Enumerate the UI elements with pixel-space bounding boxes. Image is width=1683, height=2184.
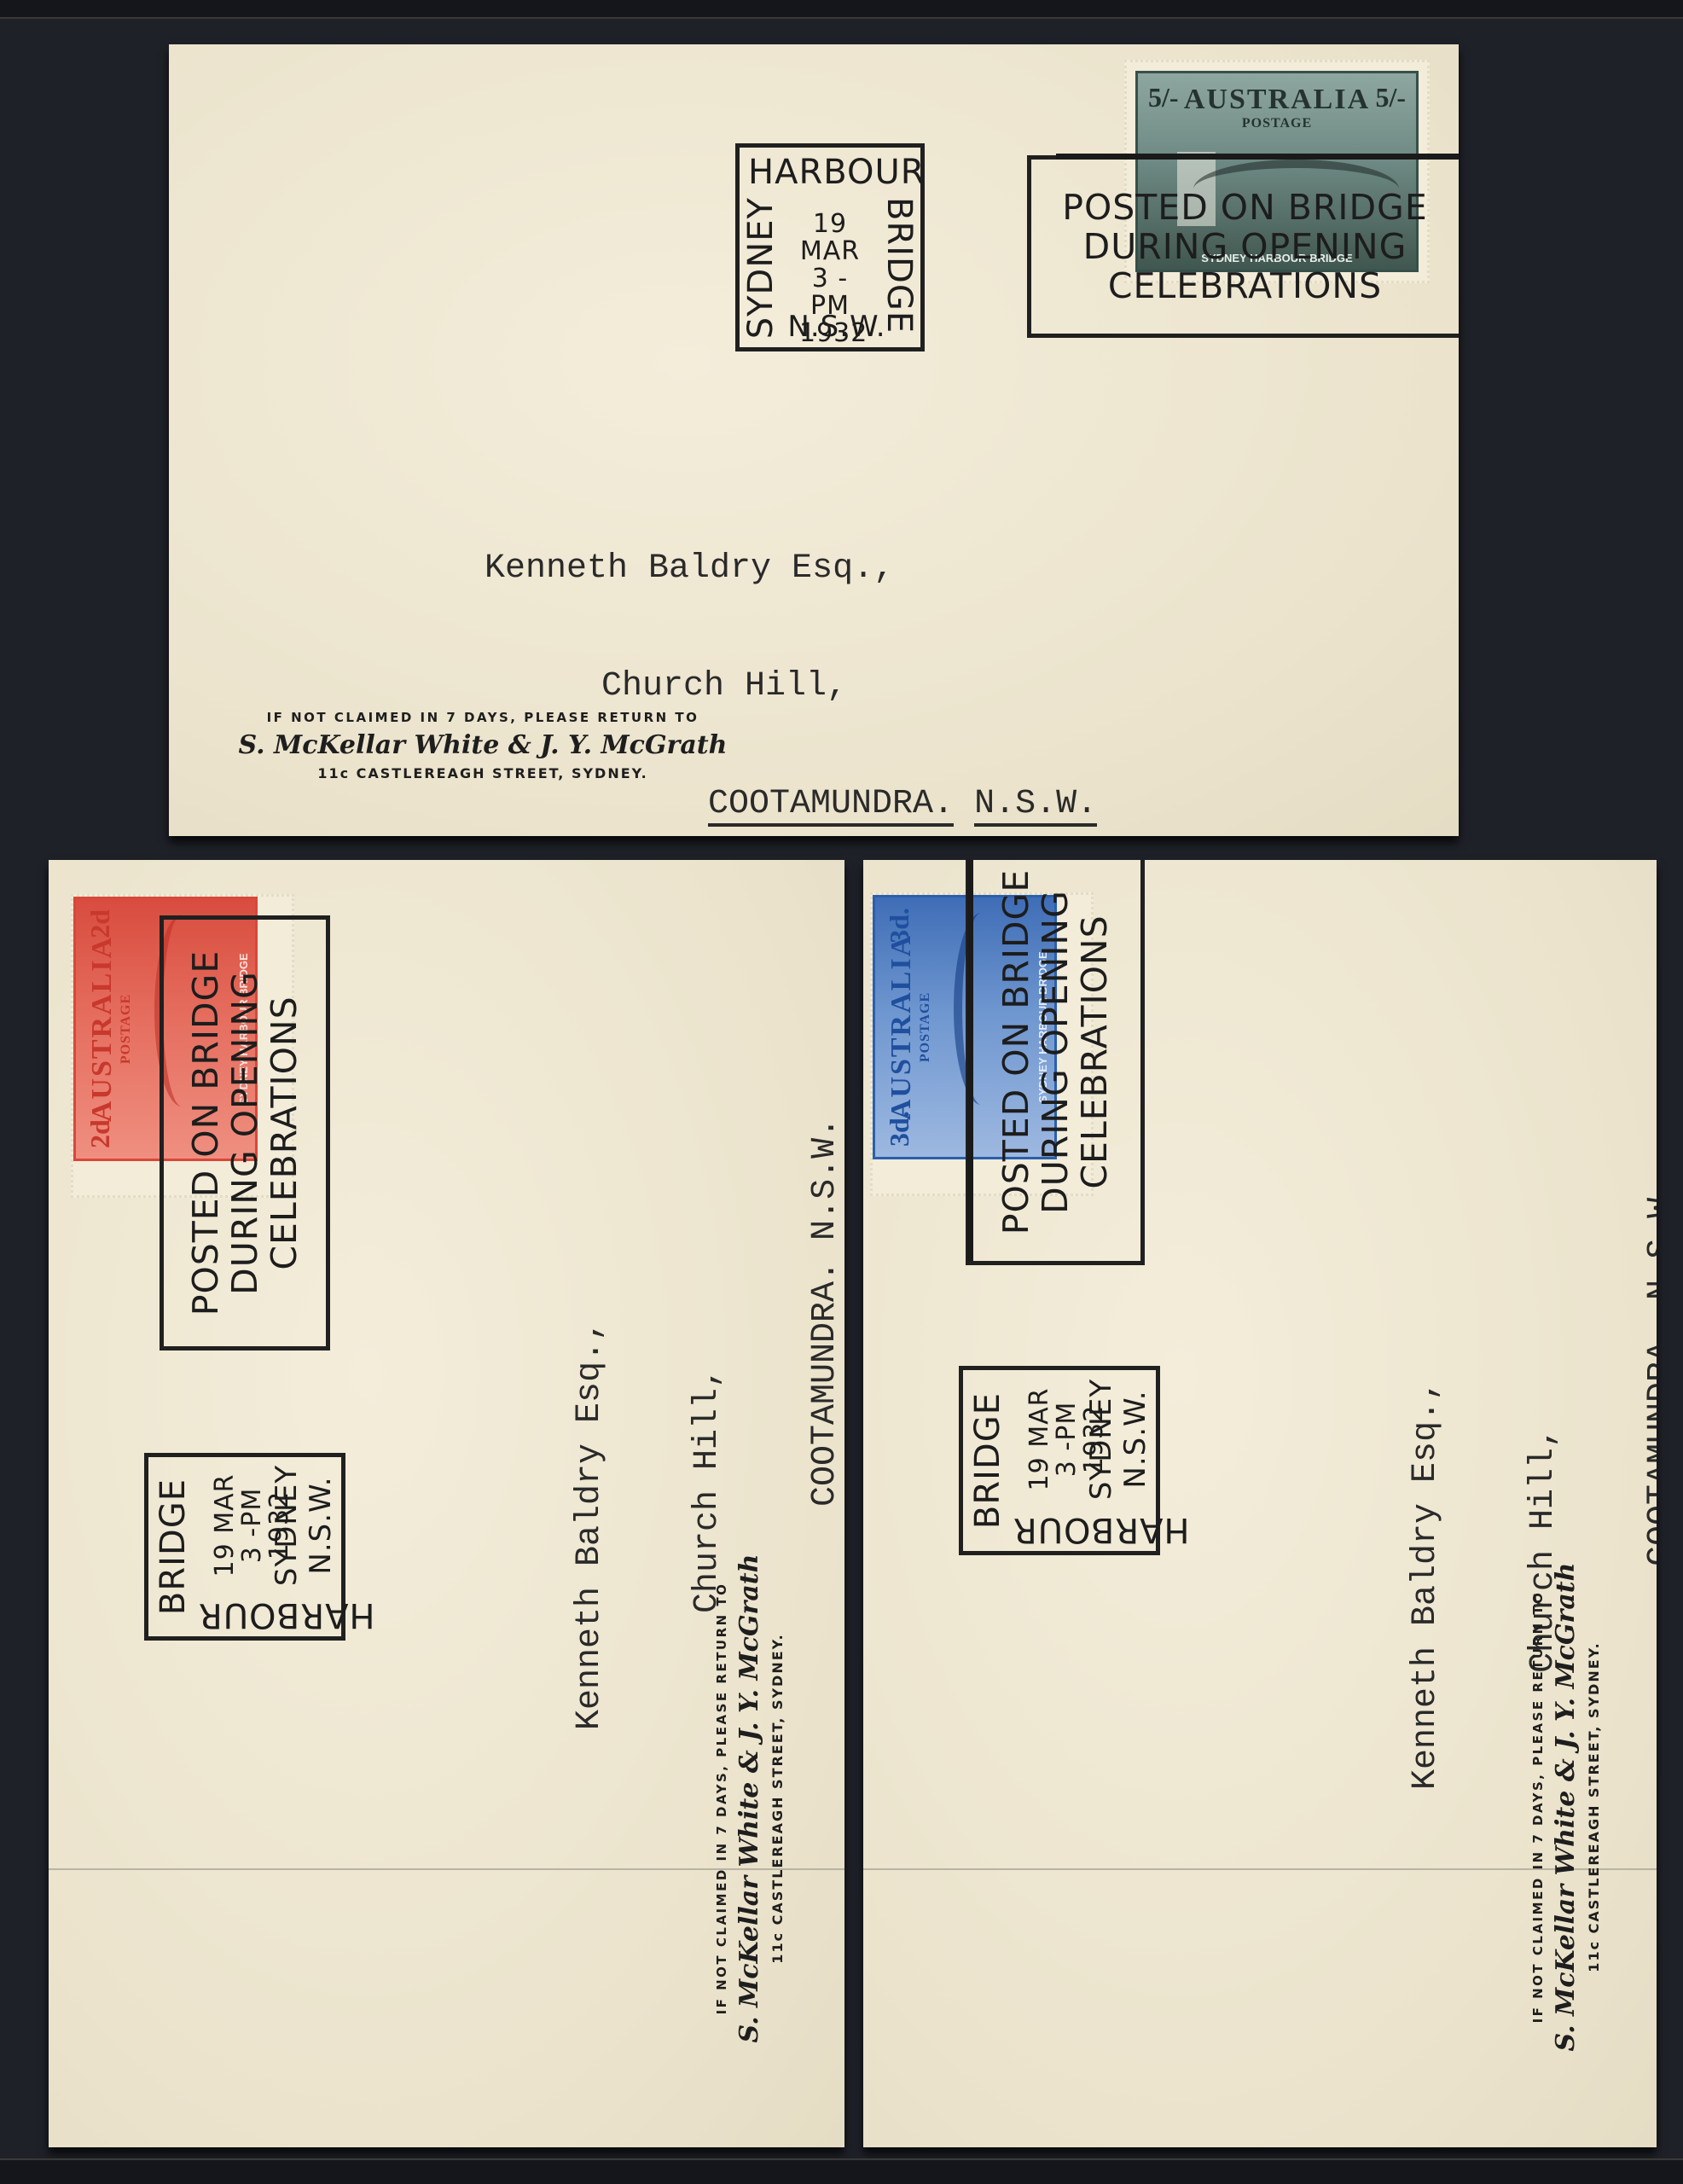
stamp-country: AUSTRALIA <box>1184 84 1370 116</box>
return-sender: S. McKellar White & J. Y. McGrath <box>734 1525 764 2071</box>
postmark-left-text: SYDNEY <box>741 197 781 339</box>
return-notice: IF NOT CLAIMED IN 7 DAYS, PLEASE RETURN … <box>210 710 756 725</box>
return-sender: S. McKellar White & J. Y. McGrath <box>210 730 756 760</box>
envelope-cover-3: 3d. 3d. AUSTRALIA POSTAGE SYDNEY HARBOUR… <box>863 860 1657 2147</box>
postmark-bottom-text: SYDNEY N.S.W. <box>1084 1375 1152 1503</box>
slogan-line-3: CELEBRATIONS <box>1075 915 1114 1188</box>
postmark-date: 19 MAR <box>1026 1382 1053 1496</box>
stamp-postage-label: POSTAGE <box>119 994 134 1064</box>
stamp-postage-label: POSTAGE <box>1242 116 1312 131</box>
slogan-postmark: POSTED ON BRIDGE DURING OPENING CELEBRAT… <box>1027 155 1459 338</box>
return-address: IF NOT CLAIMED IN 7 DAYS, PLEASE RETURN … <box>210 710 756 781</box>
envelope-cover-2: 2d 2d AUSTRALIA POSTAGE SYDNEY HARBOUR B… <box>49 860 844 2147</box>
stamp-postage-label: POSTAGE <box>918 992 933 1062</box>
address-name: Kenneth Baldry Esq., <box>485 549 1097 589</box>
postmark-top-text: BRIDGE <box>968 1379 1007 1542</box>
slogan-line-1: POSTED ON BRIDGE <box>186 950 225 1316</box>
stamp-country: AUSTRALIA <box>885 934 918 1120</box>
return-street: 11c CASTLEREAGH STREET, SYDNEY. <box>769 1525 786 2071</box>
postmark-top-text: BRIDGE <box>154 1466 193 1628</box>
slogan-line-3: CELEBRATIONS <box>264 996 304 1269</box>
album-page-bottom-edge <box>0 2158 1683 2184</box>
return-address: IF NOT CLAIMED IN 7 DAYS, PLEASE RETURN … <box>1530 1534 1602 2080</box>
address-town-line: COOTAMUNDRA. N.S.W. <box>485 785 1097 824</box>
slogan-postmark: POSTED ON BRIDGE DURING OPENING CELEBRAT… <box>160 915 330 1350</box>
return-notice: IF NOT CLAIMED IN 7 DAYS, PLEASE RETURN … <box>1530 1534 1546 2080</box>
postmark-time: 3 -PM <box>239 1469 266 1582</box>
postmark-left-text: HARBOUR <box>1013 1510 1190 1549</box>
address-town-line: COOTAMUNDRA. N.S.W. <box>1642 1177 1657 1790</box>
address-town: COOTAMUNDRA. <box>1642 1321 1657 1566</box>
postmark-state: N.S.W. <box>1118 1390 1152 1488</box>
cancel-bar <box>967 860 973 1261</box>
address-town: COOTAMUNDRA. <box>806 1261 844 1507</box>
recipient-address: Kenneth Baldry Esq., Church Hill, COOTAM… <box>1328 1177 1657 1790</box>
slogan-line-2: DURING OPENING <box>1083 227 1407 266</box>
recipient-address: Kenneth Baldry Esq., Church Hill, COOTAM… <box>492 1118 844 1730</box>
date-postmark: BRIDGE HARBOUR 19 MAR 3 -PM 1932 SYDNEY … <box>144 1453 345 1641</box>
postmark-date: 19 MAR <box>799 211 861 265</box>
stamp-value-right: 2d <box>84 909 116 938</box>
postmark-state: N.S.W. <box>787 310 886 344</box>
stamp-value-left: 2d <box>84 1119 116 1148</box>
postmark-time: 3 -PM <box>1053 1382 1081 1496</box>
postmark-city: SYDNEY <box>270 1465 304 1586</box>
stamp-value-right: 3d. <box>884 908 915 944</box>
postmark-city: SYDNEY <box>1084 1379 1118 1500</box>
slogan-line-2: DURING OPENING <box>225 971 264 1295</box>
return-sender: S. McKellar White & J. Y. McGrath <box>1551 1534 1581 2080</box>
date-postmark: BRIDGE HARBOUR 19 MAR 3 -PM 1932 SYDNEY … <box>959 1366 1160 1555</box>
address-state: N.S.W. <box>974 785 1097 827</box>
postmark-left-text: HARBOUR <box>198 1595 375 1635</box>
cancel-bar <box>1056 154 1459 160</box>
stamp-value-left: 5/- <box>1148 82 1179 113</box>
postmark-date: 19 MAR <box>212 1469 239 1582</box>
slogan-line-2: DURING OPENING <box>1036 890 1075 1214</box>
address-street: Church Hill, <box>485 667 1097 706</box>
address-name: Kenneth Baldry Esq., <box>571 1118 610 1730</box>
stamp-value-left: 3d. <box>884 1111 915 1147</box>
return-street: 11c CASTLEREAGH STREET, SYDNEY. <box>210 765 756 781</box>
stamp-country: AUSTRALIA <box>86 936 119 1122</box>
slogan-line-3: CELEBRATIONS <box>1108 266 1382 305</box>
slogan-line-1: POSTED ON BRIDGE <box>1062 188 1428 227</box>
envelope-cover-1: HARBOUR SYDNEY BRIDGE 19 MAR 3 -PM 1932 … <box>169 44 1459 836</box>
address-town-line: COOTAMUNDRA. N.S.W. <box>806 1118 844 1730</box>
postmark-bottom-text: SYDNEY N.S.W. <box>270 1462 338 1589</box>
return-street: 11c CASTLEREAGH STREET, SYDNEY. <box>1586 1534 1602 2080</box>
postmark-top-text: HARBOUR <box>748 153 912 192</box>
postmark-state: N.S.W. <box>304 1476 338 1574</box>
return-address: IF NOT CLAIMED IN 7 DAYS, PLEASE RETURN … <box>714 1525 786 2071</box>
slogan-line-1: POSTED ON BRIDGE <box>996 869 1036 1235</box>
slogan-postmark: POSTED ON BRIDGE DURING OPENING CELEBRAT… <box>966 860 1145 1265</box>
date-postmark: HARBOUR SYDNEY BRIDGE 19 MAR 3 -PM 1932 … <box>735 143 925 351</box>
return-notice: IF NOT CLAIMED IN 7 DAYS, PLEASE RETURN … <box>714 1525 729 2071</box>
stamp-value-right: 5/- <box>1375 82 1406 113</box>
address-name: Kenneth Baldry Esq., <box>1407 1177 1446 1790</box>
album-page-top-edge <box>0 0 1683 19</box>
address-state: N.S.W. <box>1642 1177 1657 1300</box>
address-town: COOTAMUNDRA. <box>708 785 954 827</box>
address-state: N.S.W. <box>806 1118 844 1240</box>
